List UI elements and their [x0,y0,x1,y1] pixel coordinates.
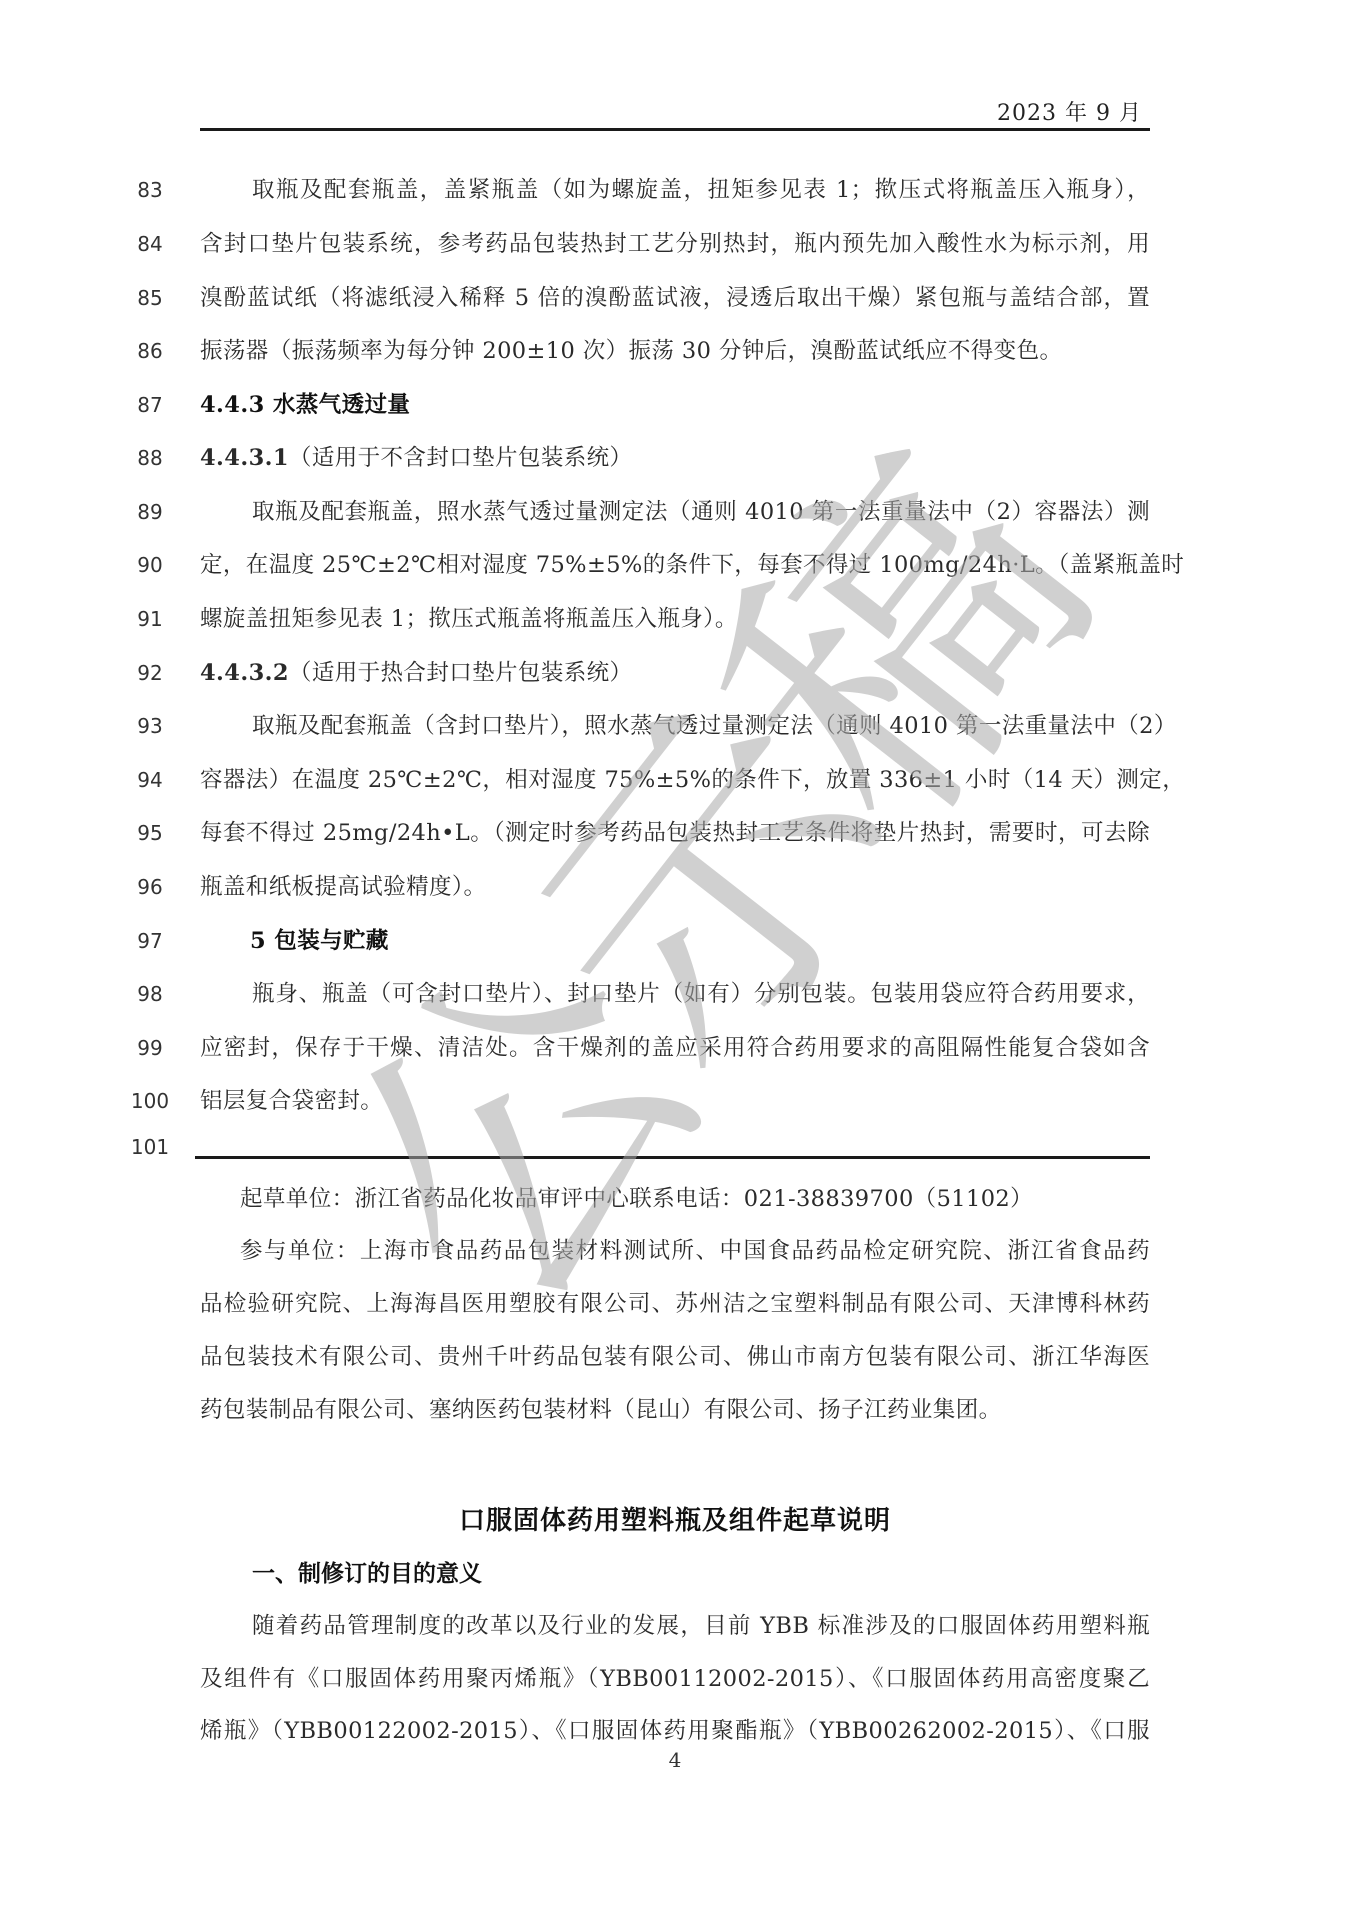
line-number: 88 [130,443,170,473]
line-91: 91 螺旋盖扭矩参见表 1；揿压式瓶盖将瓶盖压入瓶身）。 [0,604,1350,634]
document-page: 2023 年 9 月 83 取瓶及配套瓶盖，盖紧瓶盖（如为螺旋盖，扭矩参见表 1… [0,0,1350,1909]
line-number: 100 [130,1086,170,1116]
line-98: 98 瓶身、瓶盖（可含封口垫片）、封口垫片（如有）分别包装。包装用袋应符合药用要… [0,979,1350,1009]
participants-line-4: 药包装制品有限公司、塞纳医药包装材料（昆山）有限公司、扬子江药业集团。 [200,1395,1002,1425]
section-heading-4-4-3: 4.4.3 水蒸气透过量 [200,390,1150,420]
explanation-line-3: 烯瓶》（YBB00122002-2015）、《口服固体药用聚酯瓶》（YBB002… [200,1716,1150,1746]
clause-label: 4.4.3.1 [200,445,289,471]
line-number: 97 [130,926,170,956]
line-99: 99 应密封，保存于干燥、清洁处。含干燥剂的盖应采用符合药用要求的高阻隔性能复合… [0,1033,1350,1063]
line-84: 84 含封口垫片包装系统，参考药品包装热封工艺分别热封，瓶内预先加入酸性水为标示… [0,229,1350,259]
clause-label: 4.4.3.2 [200,660,289,686]
section-heading-5: 5 包装与贮藏 [250,926,1200,956]
line-83: 83 取瓶及配套瓶盖，盖紧瓶盖（如为螺旋盖，扭矩参见表 1；揿压式将瓶盖压入瓶身… [0,175,1350,205]
explanation-line-1: 随着药品管理制度的改革以及行业的发展，目前 YBB 标准涉及的口服固体药用塑料瓶 [252,1611,1150,1641]
line-number: 94 [130,765,170,795]
line-text: 4.4.3.1（适用于不含封口垫片包装系统） [200,443,1150,473]
line-text: 每套不得过 25mg/24h•L。（测定时参考药品包装热封工艺条件将垫片热封，需… [200,818,1150,848]
line-text: 瓶盖和纸板提高试验精度）。 [200,872,1150,902]
line-number: 91 [130,604,170,634]
line-90: 90 定，在温度 25℃±2℃相对湿度 75%±5%的条件下，每套不得过 100… [0,550,1350,580]
line-number: 89 [130,497,170,527]
line-number: 83 [130,175,170,205]
line-text: 4.4.3.2（适用于热合封口垫片包装系统） [200,658,1150,688]
line-text: 螺旋盖扭矩参见表 1；揿压式瓶盖将瓶盖压入瓶身）。 [200,604,1150,634]
line-number: 87 [130,390,170,420]
line-text: 应密封，保存于干燥、清洁处。含干燥剂的盖应采用符合药用要求的高阻隔性能复合袋如含 [200,1033,1150,1063]
line-number: 92 [130,658,170,688]
explanation-line-2: 及组件有《口服固体药用聚丙烯瓶》（YBB00112002-2015）、《口服固体… [200,1664,1150,1694]
line-94: 94 容器法）在温度 25℃±2℃，相对湿度 75%±5%的条件下，放置 336… [0,765,1350,795]
line-number: 84 [130,229,170,259]
line-number: 93 [130,711,170,741]
line-text: 铝层复合袋密封。 [200,1086,1150,1116]
clause-text: （适用于热合封口垫片包装系统） [289,660,633,686]
line-text: 取瓶及配套瓶盖（含封口垫片），照水蒸气透过量测定法（通则 4010 第一法重量法… [252,711,1150,741]
line-95: 95 每套不得过 25mg/24h•L。（测定时参考药品包装热封工艺条件将垫片热… [0,818,1350,848]
line-text: 取瓶及配套瓶盖，照水蒸气透过量测定法（通则 4010 第一法重量法中（2）容器法… [252,497,1150,527]
line-number: 98 [130,979,170,1009]
line-text: 定，在温度 25℃±2℃相对湿度 75%±5%的条件下，每套不得过 100mg/… [200,550,1150,580]
line-number: 96 [130,872,170,902]
line-number: 101 [130,1132,170,1162]
line-number: 86 [130,336,170,366]
line-text: 瓶身、瓶盖（可含封口垫片）、封口垫片（如有）分别包装。包装用袋应符合药用要求， [252,979,1150,1009]
drafting-unit: 起草单位：浙江省药品化妆品审评中心联系电话：021-38839700（51102… [240,1184,1033,1214]
participants-line-2: 品检验研究院、上海海昌医用塑胶有限公司、苏州洁之宝塑料制品有限公司、天津博科林药 [200,1289,1150,1319]
line-96: 96 瓶盖和纸板提高试验精度）。 [0,872,1350,902]
line-86: 86 振荡器（振荡频率为每分钟 200±10 次）振荡 30 分钟后，溴酚蓝试纸… [0,336,1350,366]
line-97: 97 5 包装与贮藏 [0,926,1350,956]
line-100: 100 铝层复合袋密封。 [0,1086,1350,1116]
page-number: 4 [665,1748,685,1772]
header-date: 2023 年 9 月 [997,96,1142,127]
line-89: 89 取瓶及配套瓶盖，照水蒸气透过量测定法（通则 4010 第一法重量法中（2）… [0,497,1350,527]
footnote-rule [195,1156,1150,1159]
line-88: 88 4.4.3.1（适用于不含封口垫片包装系统） [0,443,1350,473]
line-text: 容器法）在温度 25℃±2℃，相对湿度 75%±5%的条件下，放置 336±1 … [200,765,1150,795]
line-text: 含封口垫片包装系统，参考药品包装热封工艺分别热封，瓶内预先加入酸性水为标示剂，用 [200,229,1150,259]
line-87: 87 4.4.3 水蒸气透过量 [0,390,1350,420]
line-text: 溴酚蓝试纸（将滤纸浸入稀释 5 倍的溴酚蓝试液，浸透后取出干燥）紧包瓶与盖结合部… [200,283,1150,313]
explanation-title: 口服固体药用塑料瓶及组件起草说明 [200,1500,1150,1537]
line-text: 取瓶及配套瓶盖，盖紧瓶盖（如为螺旋盖，扭矩参见表 1；揿压式将瓶盖压入瓶身）， [252,175,1150,205]
participants-line-1: 参与单位：上海市食品药品包装材料测试所、中国食品药品检定研究院、浙江省食品药 [240,1236,1150,1266]
line-number: 95 [130,818,170,848]
participants-line-3: 品包装技术有限公司、贵州千叶药品包装有限公司、佛山市南方包装有限公司、浙江华海医 [200,1342,1150,1372]
line-93: 93 取瓶及配套瓶盖（含封口垫片），照水蒸气透过量测定法（通则 4010 第一法… [0,711,1350,741]
line-85: 85 溴酚蓝试纸（将滤纸浸入稀释 5 倍的溴酚蓝试液，浸透后取出干燥）紧包瓶与盖… [0,283,1350,313]
clause-text: （适用于不含封口垫片包装系统） [289,445,633,471]
line-92: 92 4.4.3.2（适用于热合封口垫片包装系统） [0,658,1350,688]
line-number: 90 [130,550,170,580]
section-title-purpose: 一、制修订的目的意义 [252,1555,482,1588]
line-number: 85 [130,283,170,313]
line-text: 振荡器（振荡频率为每分钟 200±10 次）振荡 30 分钟后，溴酚蓝试纸应不得… [200,336,1150,366]
header-rule [200,128,1150,131]
line-number: 99 [130,1033,170,1063]
